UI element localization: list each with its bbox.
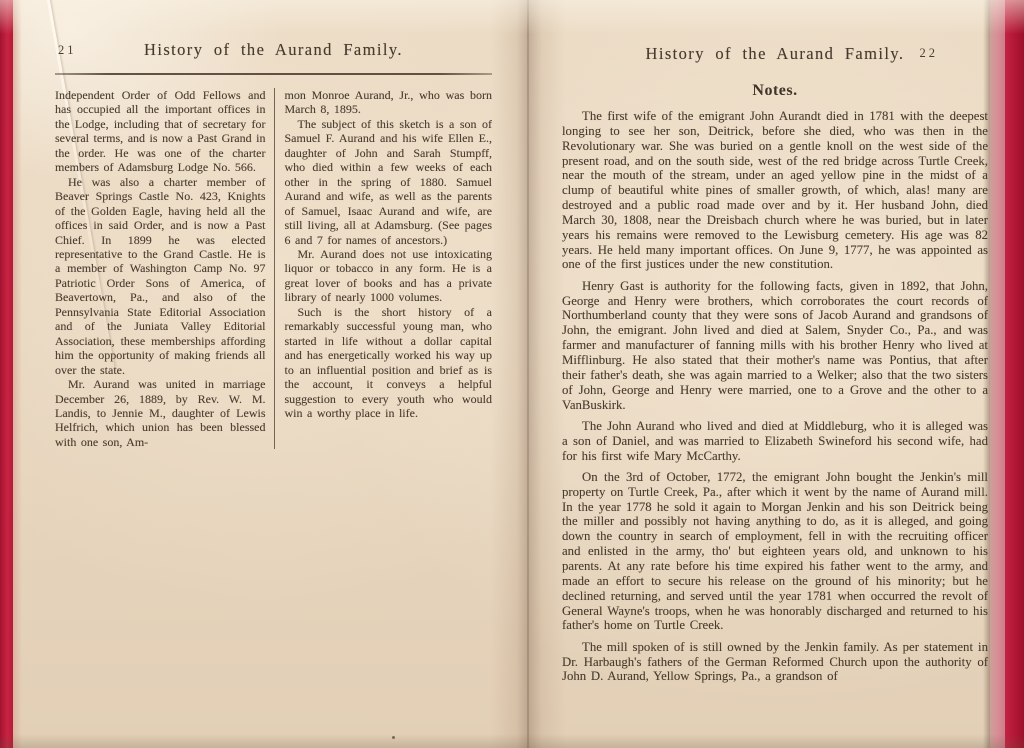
book-scan: 21 History of the Aurand Family. Indepen…	[0, 0, 1024, 748]
paragraph: The first wife of the emigrant John Aura…	[562, 109, 988, 272]
running-title-left: History of the Aurand Family.	[55, 40, 492, 60]
paragraph: Henry Gast is authority for the followin…	[562, 279, 988, 413]
paragraph: The John Aurand who lived and died at Mi…	[562, 419, 988, 464]
page-22-header: History of the Aurand Family. 22	[562, 44, 988, 69]
page-bottom-shadow	[0, 734, 1024, 748]
paragraph: On the 3rd of October, 1772, the emigran…	[562, 470, 988, 633]
paragraph: He was also a charter member of Beaver S…	[55, 175, 266, 377]
paragraph: mon Monroe Aurand, Jr., who was born Mar…	[285, 88, 493, 117]
paragraph: The mill spoken of is still owned by the…	[562, 640, 988, 685]
notes-text-block: The first wife of the emigrant John Aura…	[562, 109, 988, 684]
paragraph: The subject of this sketch is a son of S…	[285, 117, 493, 247]
paragraph: Independent Order of Odd Fellows and has…	[55, 88, 266, 175]
column-1: Independent Order of Odd Fellows and has…	[55, 88, 274, 449]
page-top-highlight	[0, 0, 1024, 34]
header-rule	[55, 73, 492, 75]
page-22: History of the Aurand Family. 22 Notes. …	[562, 44, 988, 691]
section-title-notes: Notes.	[562, 82, 988, 100]
paragraph: Mr. Aurand was united in marriage Decemb…	[55, 377, 266, 449]
book-cover-right	[1005, 0, 1024, 748]
paragraph: Such is the short history of a remarkabl…	[285, 305, 493, 421]
page-edge-right	[990, 0, 1005, 748]
column-2: mon Monroe Aurand, Jr., who was born Mar…	[274, 88, 493, 449]
book-cover-left	[0, 0, 13, 748]
book-gutter-crease	[527, 0, 529, 748]
two-column-text-block: Independent Order of Odd Fellows and has…	[55, 88, 492, 449]
paragraph: Mr. Aurand does not use intoxicating liq…	[285, 247, 493, 305]
page-21-header: 21 History of the Aurand Family.	[55, 40, 492, 65]
page-number-22: 22	[920, 46, 939, 61]
ink-speck	[392, 736, 395, 739]
page-21: 21 History of the Aurand Family. Indepen…	[55, 40, 492, 449]
page-number-21: 21	[58, 43, 77, 58]
page-edge-left	[13, 0, 22, 748]
